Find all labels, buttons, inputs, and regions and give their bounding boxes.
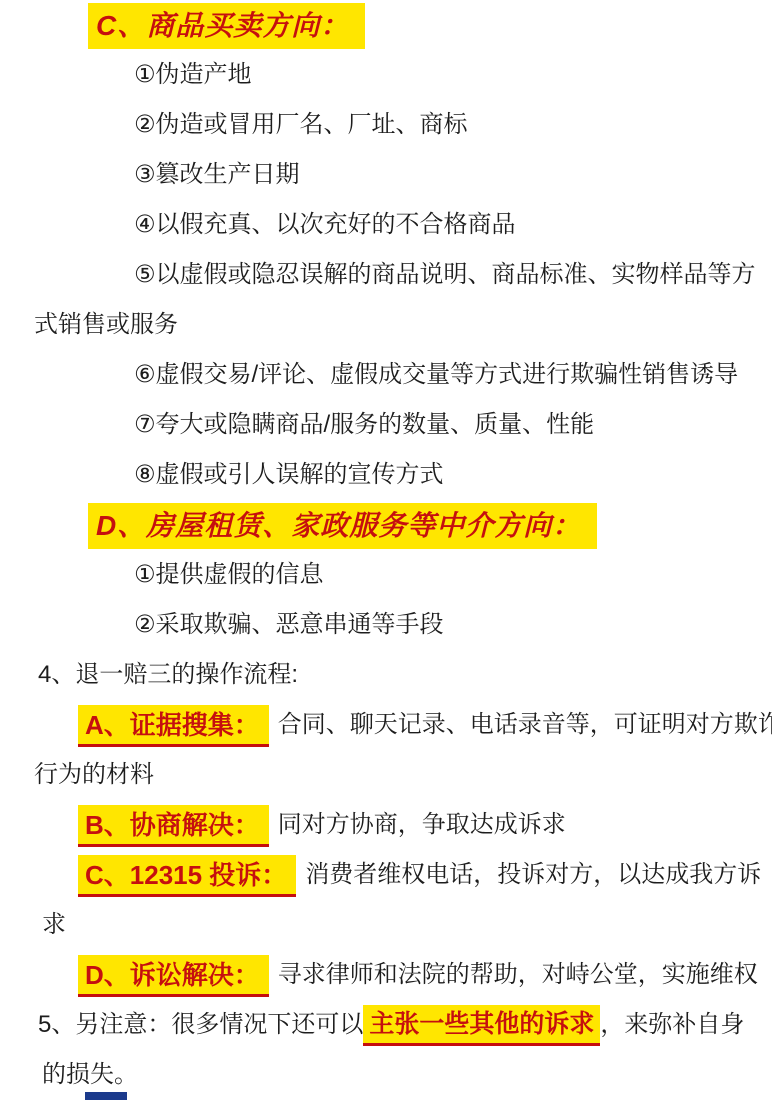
step4-d-label-highlight: D、诉讼解决： xyxy=(78,955,269,997)
section-d-heading-line: D、房屋租赁、家政服务等中介方向： xyxy=(0,500,772,550)
section-c-item-3: ③篡改生产日期 xyxy=(0,150,772,200)
step4-b-text: 同对方协商，争取达成诉求 xyxy=(278,811,566,838)
section-c-heading-line: C、商品买卖方向： xyxy=(0,0,772,50)
section-c-item-6: ⑥虚假交易/评论、虚假成交量等方式进行欺骗性销售诱导 xyxy=(0,350,772,400)
section-c-item-4: ④以假充真、以次充好的不合格商品 xyxy=(0,200,772,250)
note5-line: 5、另注意：很多情况下还可以主张一些其他的诉求，来弥补自身 xyxy=(0,1000,772,1050)
bottom-blue-mark xyxy=(85,1092,127,1100)
section-c-item-5-line1: ⑤以虚假或隐忍误解的商品说明、商品标准、实物样品等方 xyxy=(0,250,772,300)
step4-b-label-highlight: B、协商解决： xyxy=(78,805,269,847)
step4-c-text: 消费者维权电话，投诉对方，以达成我方诉 xyxy=(305,861,761,888)
section-c-item-2: ②伪造或冒用厂名、厂址、商标 xyxy=(0,100,772,150)
note5-highlight: 主张一些其他的诉求 xyxy=(363,1005,600,1046)
step4-d-text: 寻求律师和法院的帮助，对峙公堂，实施维权 xyxy=(278,961,758,988)
step4-a-text-wrap: 行为的材料 xyxy=(0,750,772,800)
section-c-heading-highlight: C、商品买卖方向： xyxy=(88,3,365,49)
note5-suffix: ，来弥补自身 xyxy=(600,1011,744,1038)
section-c-item-5-line2: 式销售或服务 xyxy=(0,300,772,350)
document-page: C、商品买卖方向： ①伪造产地 ②伪造或冒用厂名、厂址、商标 ③篡改生产日期 ④… xyxy=(0,0,772,1100)
section-c-item-1: ①伪造产地 xyxy=(0,50,772,100)
step4-a-label-highlight: A、证据搜集： xyxy=(78,705,269,747)
section-c-item-7: ⑦夸大或隐瞒商品/服务的数量、质量、性能 xyxy=(0,400,772,450)
step4-c-label-highlight: C、12315 投诉： xyxy=(78,855,296,897)
step4-d-line: D、诉讼解决：寻求律师和法院的帮助，对峙公堂，实施维权 xyxy=(0,950,772,1000)
section-d-item-2: ②采取欺骗、恶意串通等手段 xyxy=(0,600,772,650)
step4-title: 4、退一赔三的操作流程: xyxy=(0,650,772,700)
step4-b-line: B、协商解决：同对方协商，争取达成诉求 xyxy=(0,800,772,850)
step4-a-line: A、证据搜集：合同、聊天记录、电话录音等，可证明对方欺诈 xyxy=(0,700,772,750)
step4-a-text: 合同、聊天记录、电话录音等，可证明对方欺诈 xyxy=(278,711,772,738)
note5-prefix: 5、另注意：很多情况下还可以 xyxy=(38,1011,363,1038)
step4-c-line: C、12315 投诉：消费者维权电话，投诉对方，以达成我方诉 xyxy=(0,850,772,900)
section-c-item-8: ⑧虚假或引人误解的宣传方式 xyxy=(0,450,772,500)
section-d-heading-highlight: D、房屋租赁、家政服务等中介方向： xyxy=(88,503,597,549)
step4-c-text-wrap: 求 xyxy=(0,900,772,950)
section-d-item-1: ①提供虚假的信息 xyxy=(0,550,772,600)
